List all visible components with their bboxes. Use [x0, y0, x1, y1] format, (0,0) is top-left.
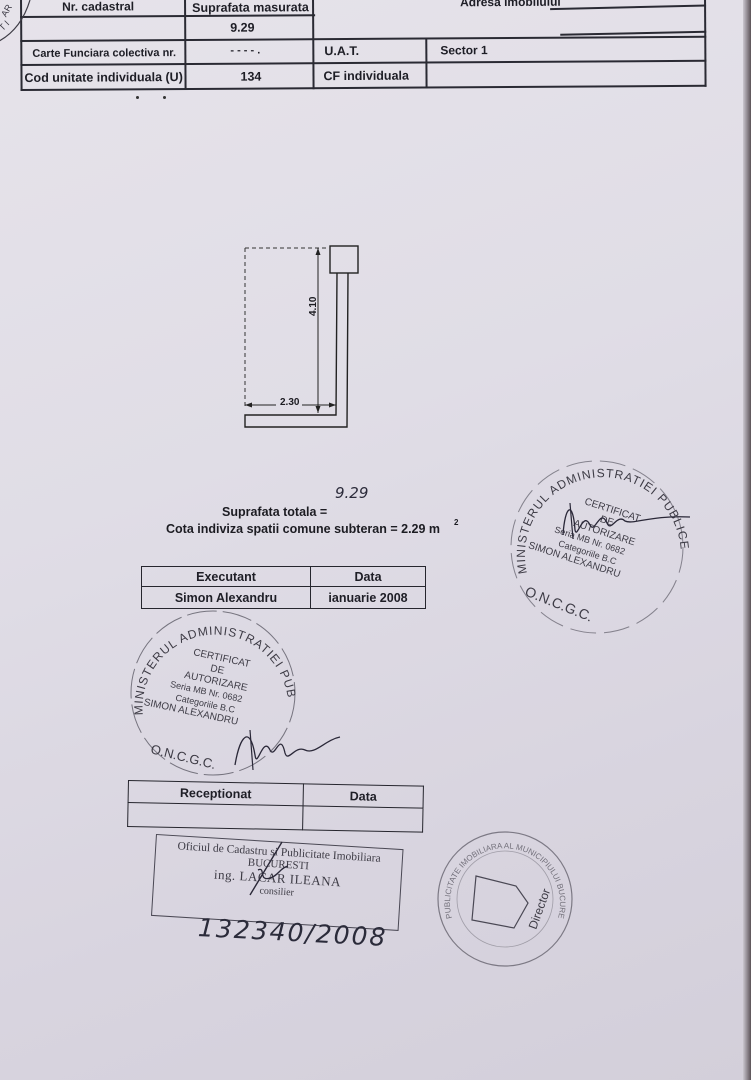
svg-text:AR: AR: [0, 2, 14, 18]
executant-date: ianuarie 2008: [311, 587, 426, 609]
corner-stamp-fragment: AR T I: [0, 0, 40, 50]
authorization-stamp-right: MINISTERUL ADMINISTRATIEI PUBLICE CERTIF…: [502, 455, 692, 635]
dot-mark: [163, 96, 166, 99]
svg-text:O.N.C.G.C.: O.N.C.G.C.: [523, 583, 595, 625]
cod-unitate-label: Cod unitate individuala (U): [24, 70, 182, 85]
cod-unitate-value: 134: [240, 70, 261, 84]
receptionat-date: [303, 806, 423, 832]
cf-individuala-label: CF individuala: [323, 69, 409, 84]
executant-table: Executant Data Simon Alexandru ianuarie …: [141, 566, 426, 609]
dimension-width: 2.30: [280, 397, 299, 408]
header-table: Nr. cadastral Suprafata masurata 9.29 Ad…: [20, 0, 707, 91]
signature-left: [225, 715, 345, 775]
cota-indiviza-unit-sup: 2: [454, 518, 458, 527]
adresa-label: Adresa imobilului: [460, 0, 561, 9]
signature-right: [555, 495, 695, 545]
receptionat-data-header: Data: [303, 784, 423, 808]
nr-cadastral-label: Nr. cadastral: [62, 0, 134, 14]
suprafata-masurata-label: Suprafata masurata: [192, 0, 309, 15]
receptionat-value: [128, 803, 303, 830]
svg-text:Director: Director: [526, 887, 554, 931]
suprafata-masurata-value: 9.29: [230, 21, 254, 35]
uat-value: Sector 1: [440, 43, 487, 57]
suprafata-totala-label: Suprafata totala =: [222, 505, 327, 519]
data-header: Data: [311, 567, 426, 587]
round-stamp-director: PUBLICITATE IMOBILIARA AL MUNICIPIULUI B…: [434, 828, 576, 970]
dot-mark: [136, 96, 139, 99]
dimension-height: 4.10: [308, 297, 319, 316]
receptionat-table: Receptionat Data: [127, 780, 424, 833]
cota-indiviza-label: Cota indiviza spatii comune subteran = 2…: [166, 522, 440, 536]
carte-funciara-value: - - - - .: [230, 45, 260, 57]
ocpi-signature: [240, 840, 300, 900]
svg-text:O.N.C.G.C.: O.N.C.G.C.: [149, 741, 217, 772]
carte-funciara-label: Carte Funciara colectiva nr.: [32, 47, 176, 60]
page-edge: [743, 0, 751, 1080]
executant-header: Executant: [142, 567, 311, 587]
uat-label: U.A.T.: [324, 44, 359, 58]
suprafata-totala-handwritten: 9.29: [335, 484, 368, 502]
floor-plan-drawing: [240, 240, 370, 440]
svg-text:T I: T I: [0, 18, 11, 32]
